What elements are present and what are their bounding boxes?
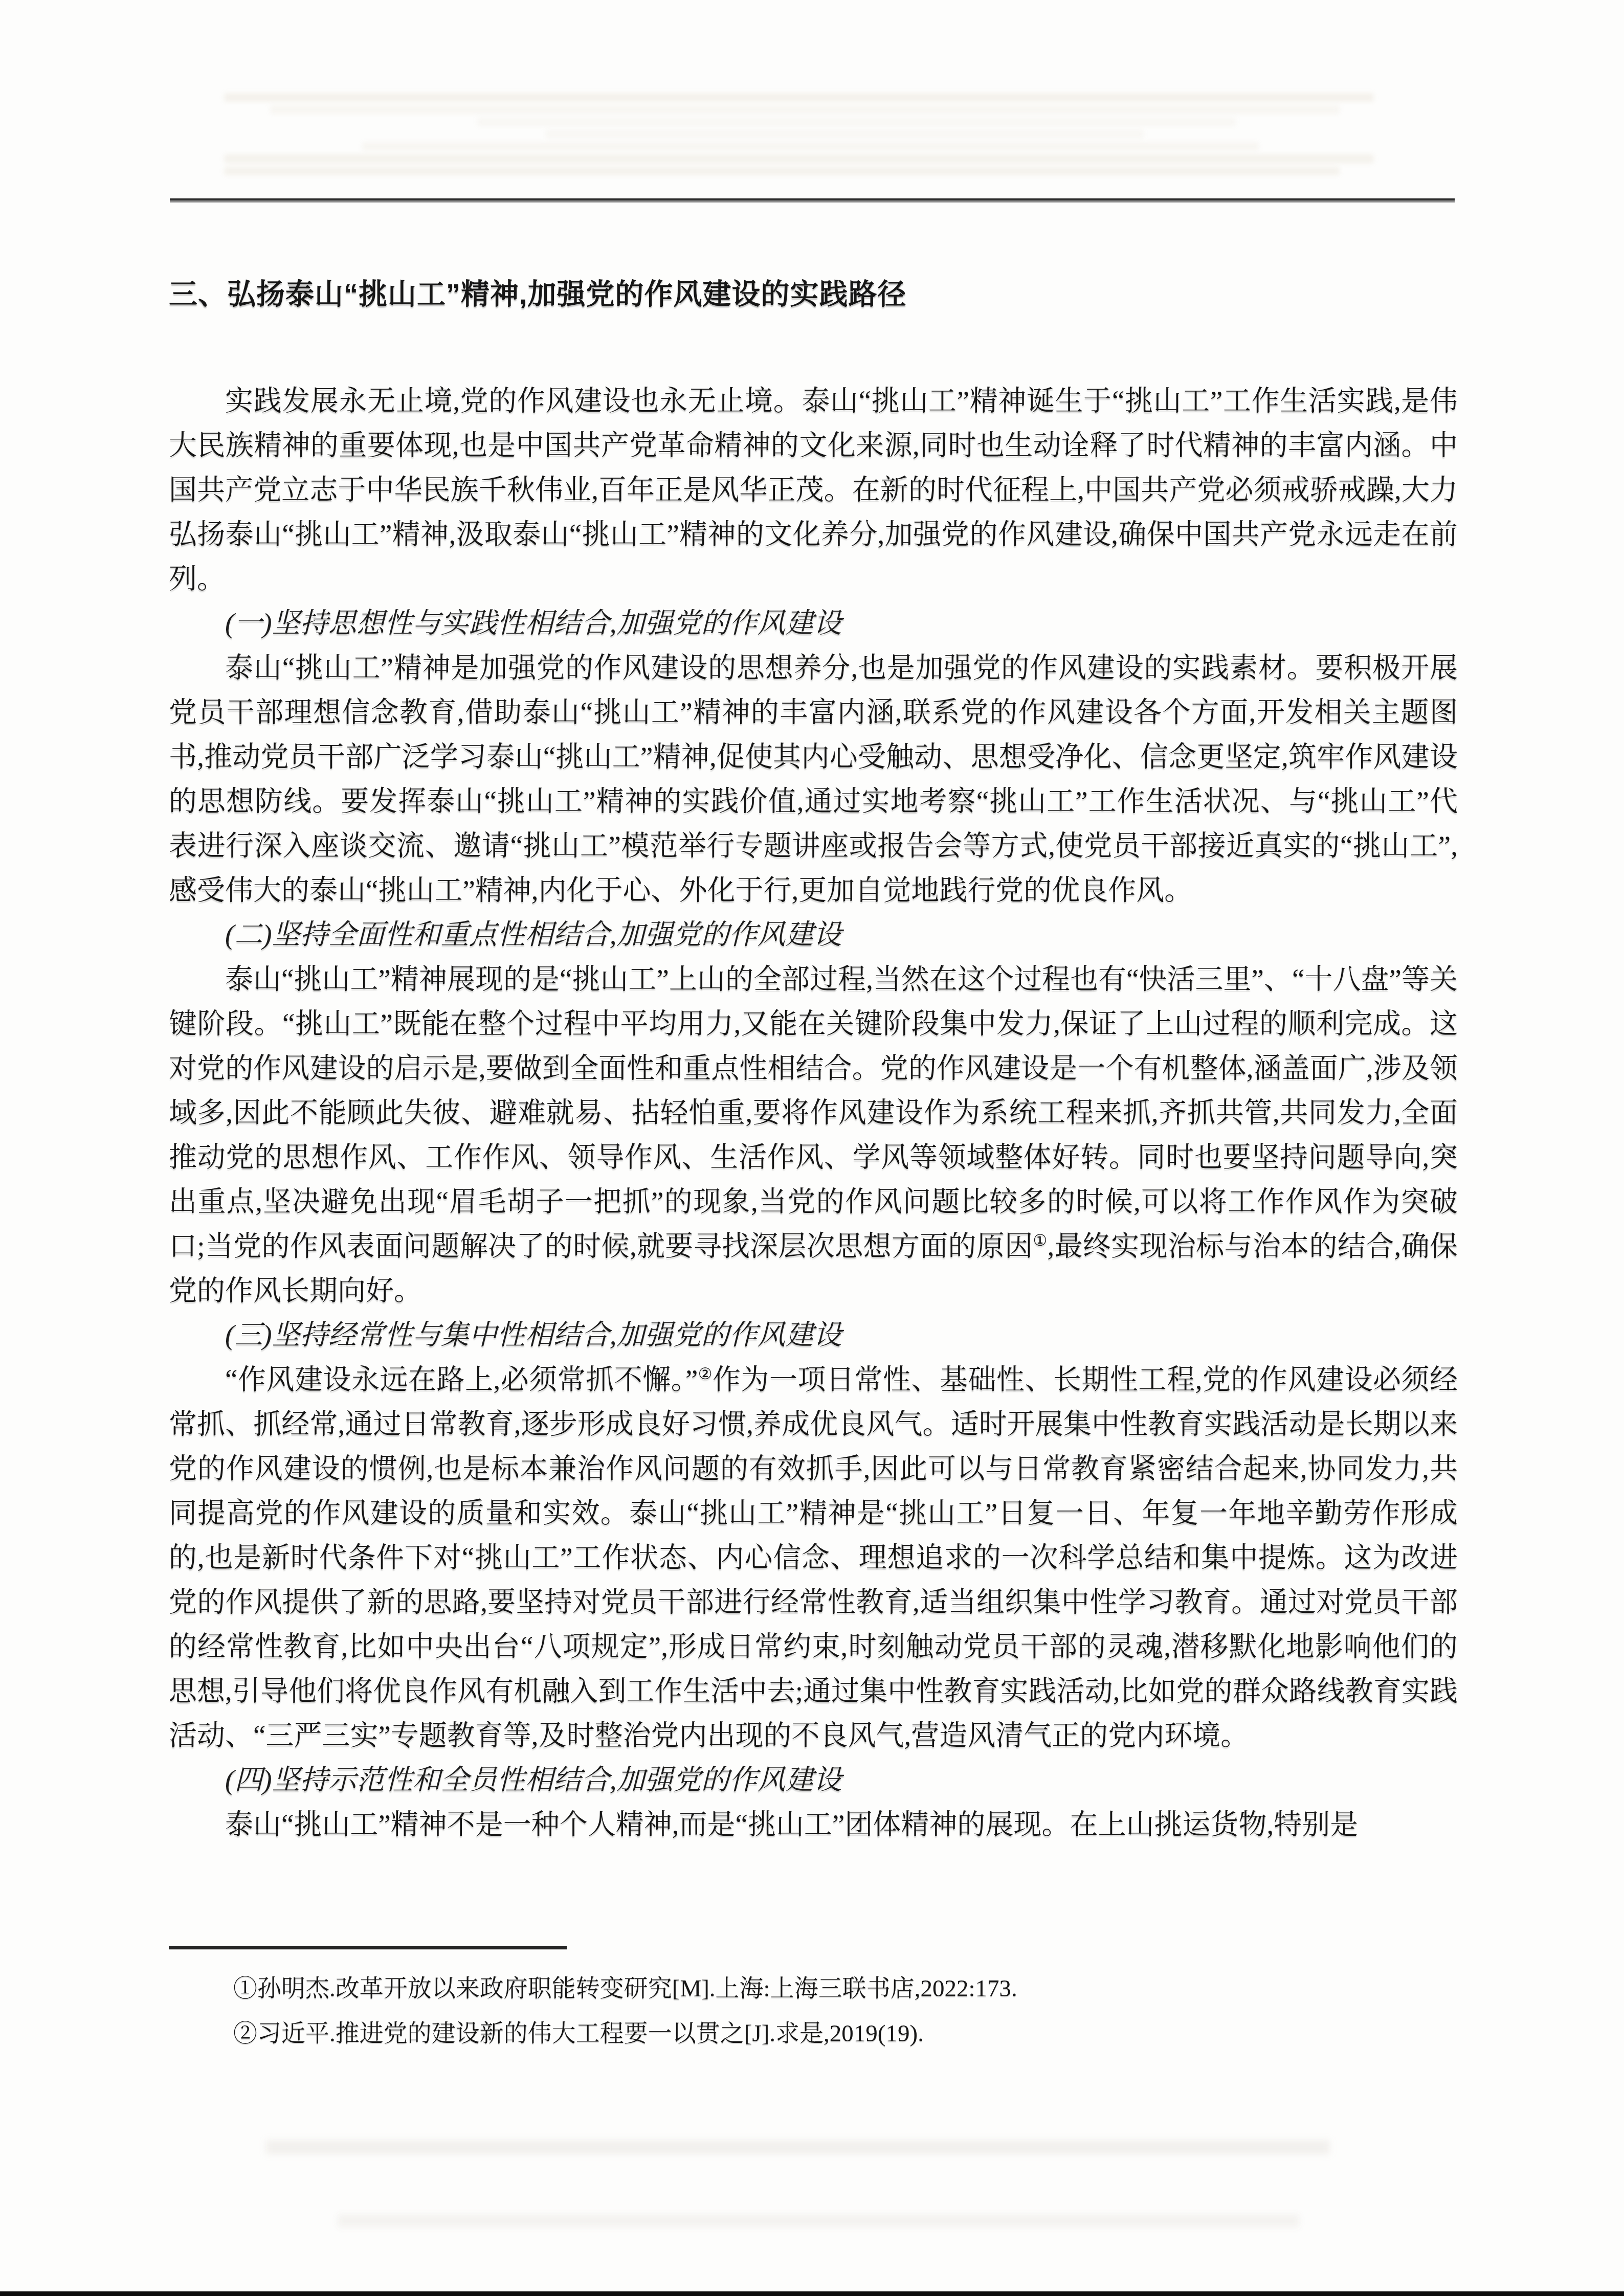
article-heading: 三、弘扬泰山“挑山工”精神,加强党的作风建设的实践路径: [169, 271, 1458, 317]
ghost-line: [270, 105, 1340, 114]
ghost-line: [477, 118, 1236, 126]
article-body: 三、弘扬泰山“挑山工”精神,加强党的作风建设的实践路径实践发展永无止境,党的作风…: [169, 251, 1458, 1847]
section-subheading: (四)坚持示范性和全员性相结合,加强党的作风建设: [169, 1758, 1458, 1802]
ghost-line: [362, 142, 1259, 151]
footnote-separator-rule: [169, 1946, 567, 1949]
bleedthrough-ghost-text: [224, 93, 1374, 188]
footnote-reference: ①: [1033, 1232, 1048, 1249]
ghost-line: [546, 130, 1144, 139]
ghost-line: [224, 93, 1374, 102]
scanned-paper-page: 三、弘扬泰山“挑山工”精神,加强党的作风建设的实践路径实践发展永无止境,党的作风…: [0, 0, 1624, 2296]
body-paragraph: 实践发展永无止境,党的作风建设也永无止境。泰山“挑山工”精神诞生于“挑山工”工作…: [169, 378, 1458, 601]
body-paragraph: “作风建设永远在路上,必须常抓不懈。”②作为一项日常性、基础性、长期性工程,党的…: [169, 1357, 1458, 1758]
ghost-line: [224, 154, 1374, 163]
section-subheading: (一)坚持思想性与实践性相结合,加强党的作风建设: [169, 601, 1458, 645]
footnotes-section: ①孙明杰.改革开放以来政府职能转变研究[M].上海:上海三联书店,2022:17…: [169, 1946, 1458, 2056]
header-rule: [170, 198, 1455, 202]
body-paragraph: 泰山“挑山工”精神展现的是“挑山工”上山的全部过程,当然在这个过程也有“快活三里…: [169, 957, 1458, 1313]
bleedthrough-ghost-faint: [266, 2140, 1330, 2154]
footnote-reference: ②: [698, 1365, 713, 1383]
section-subheading: (三)坚持经常性与集中性相结合,加强党的作风建设: [169, 1313, 1458, 1357]
ghost-line: [224, 167, 1340, 175]
footnote-list: ①孙明杰.改革开放以来政府职能转变研究[M].上海:上海三联书店,2022:17…: [169, 1966, 1458, 2056]
bleedthrough-ghost-faint: [338, 2214, 1299, 2227]
body-paragraph: 泰山“挑山工”精神是加强党的作风建设的思想养分,也是加强党的作风建设的实践素材。…: [169, 645, 1458, 912]
footnote-item: ②习近平.推进党的建设新的伟大工程要一以贯之[J].求是,2019(19).: [169, 2011, 1458, 2056]
footnote-item: ①孙明杰.改革开放以来政府职能转变研究[M].上海:上海三联书店,2022:17…: [169, 1966, 1458, 2011]
body-paragraph: 泰山“挑山工”精神不是一种个人精神,而是“挑山工”团体精神的展现。在上山挑运货物…: [169, 1802, 1458, 1847]
scan-edge-bottom: [0, 2291, 1624, 2296]
section-subheading: (二)坚持全面性和重点性相结合,加强党的作风建设: [169, 912, 1458, 957]
